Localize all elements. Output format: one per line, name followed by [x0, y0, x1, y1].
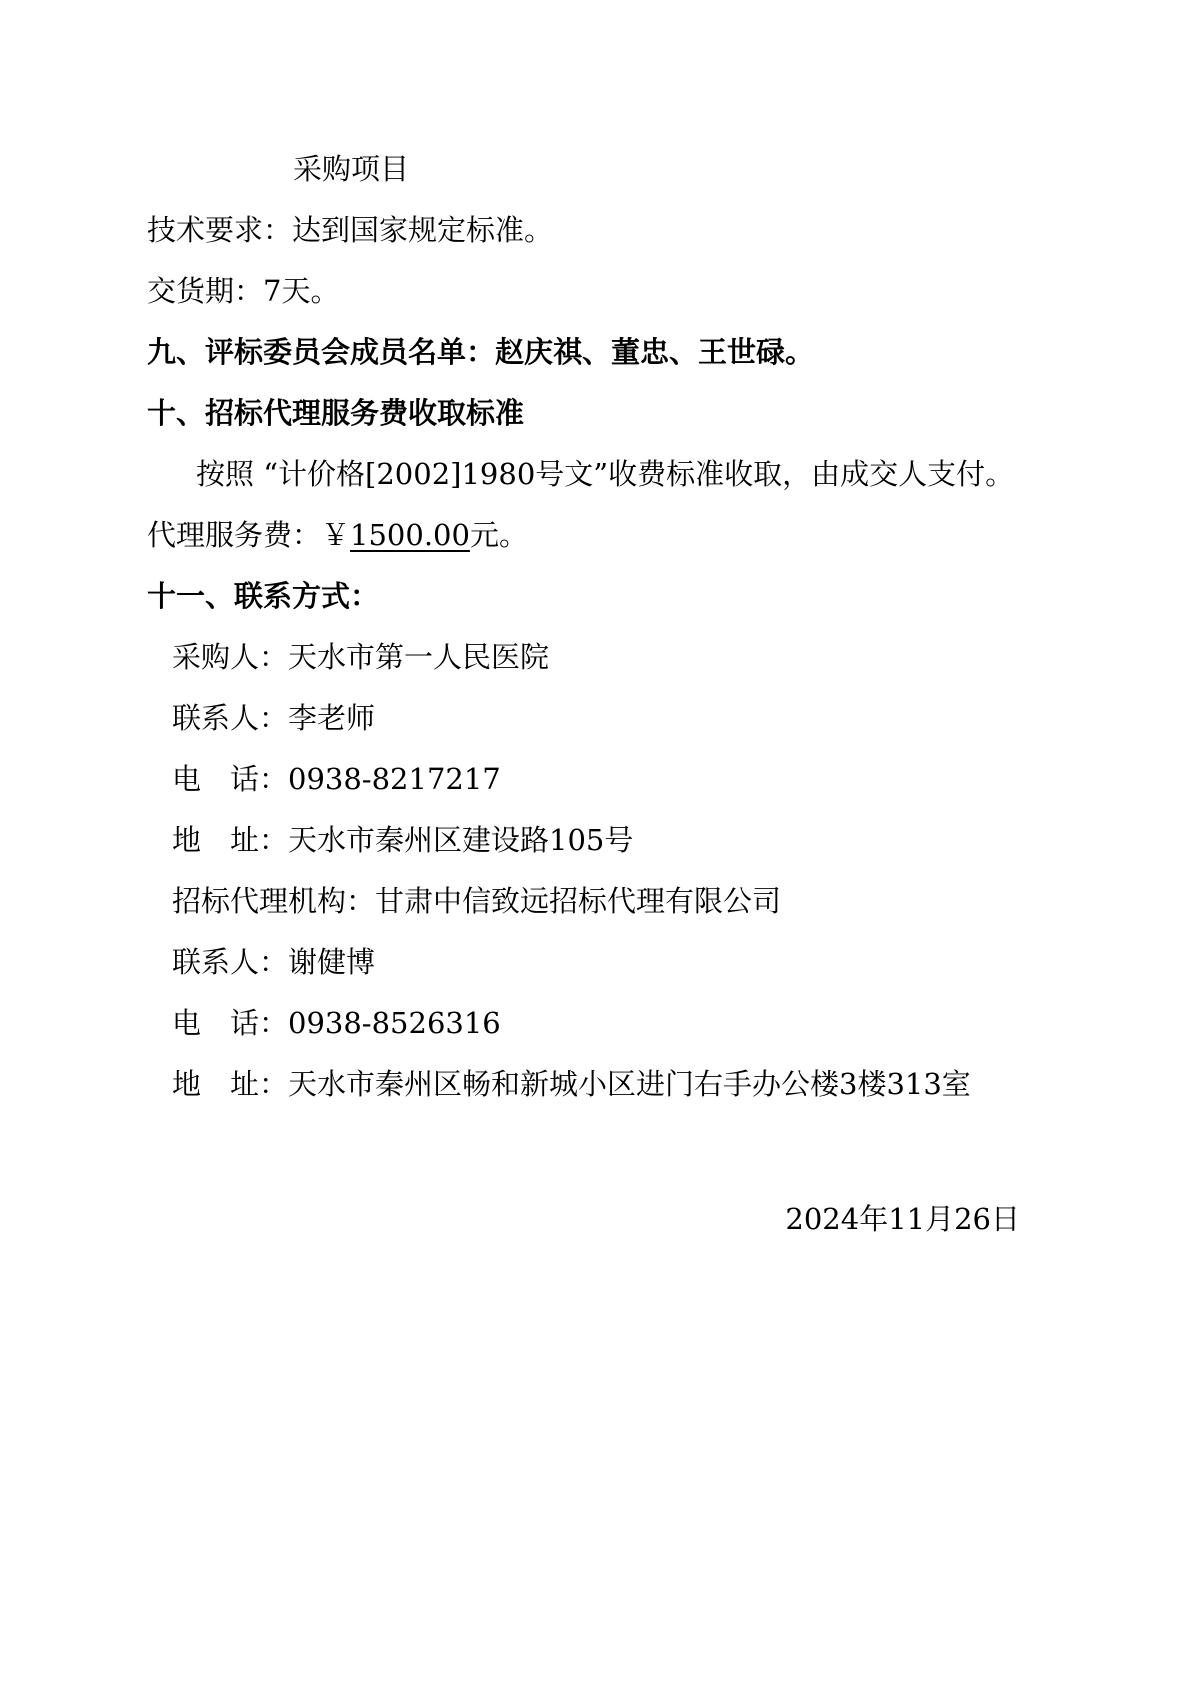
delivery-period-line: 交货期：7天。 — [147, 275, 1044, 307]
section10-agency-fee-heading: 十、招标代理服务费收取标准 — [147, 397, 1044, 429]
contact-line-purchaser: 采购人：天水市第一人民医院 — [172, 641, 1044, 673]
agency-fee-suffix: 元。 — [470, 518, 528, 552]
contact-line-agency-contact-person: 联系人：谢健博 — [172, 946, 1044, 978]
tech-requirement-line: 技术要求：达到国家规定标准。 — [147, 214, 1044, 246]
contact-line-purchaser-address: 地 址：天水市秦州区建设路105号 — [172, 824, 1044, 856]
agency-fee-amount: 1500.00 — [350, 518, 470, 552]
agency-fee-prefix: 代理服务费：￥ — [147, 518, 350, 552]
document-page: 采购项目 技术要求：达到国家规定标准。 交货期：7天。 九、评标委员会成员名单：… — [0, 0, 1191, 1684]
section9-evaluation-committee-heading: 九、评标委员会成员名单：赵庆祺、董忠、王世碌。 — [147, 336, 1044, 368]
document-content: 采购项目 技术要求：达到国家规定标准。 交货期：7天。 九、评标委员会成员名单：… — [0, 0, 1191, 1235]
agency-fee-line: 代理服务费：￥1500.00元。 — [147, 519, 1044, 551]
section11-contact-heading: 十一、联系方式： — [147, 580, 1044, 612]
document-date: 2024年11月26日 — [147, 1203, 1044, 1235]
contact-line-agency-name: 招标代理机构：甘肃中信致远招标代理有限公司 — [172, 885, 1044, 917]
contact-line-purchaser-contact-person: 联系人：李老师 — [172, 702, 1044, 734]
continuation-line-procurement-project: 采购项目 — [147, 153, 1044, 185]
contact-line-agency-phone: 电 话：0938-8526316 — [172, 1007, 1044, 1039]
fee-basis-line: 按照 “计价格[2002]1980号文”收费标准收取，由成交人支付。 — [147, 458, 1044, 490]
contact-line-purchaser-phone: 电 话：0938-8217217 — [172, 763, 1044, 795]
contact-line-agency-address: 地 址：天水市秦州区畅和新城小区进门右手办公楼3楼313室 — [172, 1068, 1044, 1100]
